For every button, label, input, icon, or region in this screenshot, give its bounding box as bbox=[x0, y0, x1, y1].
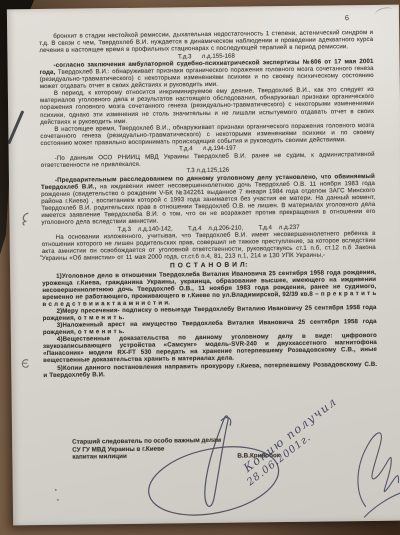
recipient-signature bbox=[339, 419, 400, 525]
document-paragraph: -Предварительным расследованием по данно… bbox=[41, 173, 376, 226]
document-text: бронхит в стадии нестойкой ремиссии, дых… bbox=[7, 5, 400, 379]
photo-background: 6 бронхит в стадии нестойкой ремиссии, д… bbox=[0, 0, 400, 535]
document-page: 6 бронхит в стадии нестойкой ремиссии, д… bbox=[7, 5, 400, 526]
document-paragraph: -согласно заключения амбулаторной судебн… bbox=[40, 58, 374, 90]
margin-pen-hook bbox=[21, 212, 30, 226]
paper-speck bbox=[40, 255, 42, 257]
resolution-item-1: 1)Уголовное дело в отношении Твердохлеба… bbox=[42, 269, 376, 308]
resolution-item-4: 4)Вещественные доказательства по данному… bbox=[43, 332, 377, 364]
paper-speck bbox=[55, 489, 57, 491]
document-paragraph: В настоящее время, Твердохлеб В.И., обна… bbox=[40, 122, 374, 147]
margin-pen-c-mark bbox=[21, 358, 29, 368]
paper-speck bbox=[57, 499, 59, 501]
document-paragraph: На основании изложенного, учитывая, что … bbox=[42, 230, 376, 262]
document-paragraph: бронхит в стадии нестойкой ремиссии, дых… bbox=[39, 29, 373, 54]
document-paragraph: В период, к которому относится инкримини… bbox=[40, 86, 374, 125]
